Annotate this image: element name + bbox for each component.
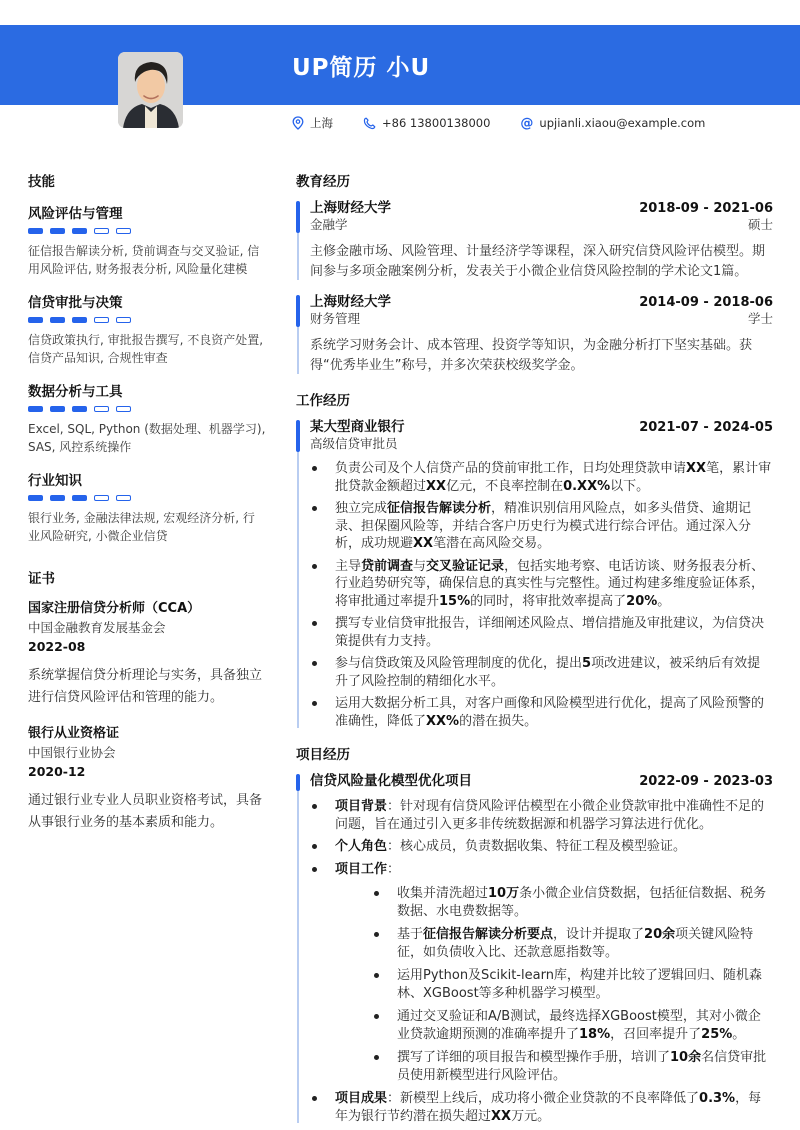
rating-bar-empty — [116, 228, 131, 234]
rating-bar-empty — [94, 406, 109, 412]
rating-bar-filled — [72, 495, 87, 501]
work-bullet: 负责公司及个人信贷产品的贷前审批工作，日均处理贷款申请XX笔，累计审批贷款金额超… — [310, 460, 773, 495]
project-period: 2022-09 - 2023-03 — [639, 773, 773, 790]
section-title: 项目经历 — [296, 743, 773, 763]
skill-name: 行业知识 — [28, 469, 266, 489]
cert-org: 中国银行业协会 — [28, 743, 266, 762]
skill-rating — [28, 495, 266, 501]
work-section: 工作经历 某大型商业银行 2021-07 - 2024-05 高级信贷审批员 负… — [296, 389, 773, 730]
project-work-label: 项目工作： — [335, 861, 773, 879]
skill-block: 数据分析与工具 Excel, SQL, Python (数据处理、机器学习), … — [28, 380, 266, 456]
rating-bar-filled — [28, 228, 43, 234]
rating-bar-empty — [116, 406, 131, 412]
project-sub-list: 收集并清洗超过10万条小微企业信贷数据，包括征信数据、税务数据、水电费数据等。 … — [373, 885, 773, 1084]
rating-bar-empty — [94, 495, 109, 501]
edu-desc: 系统学习财务会计、成本管理、投资学等知识，为金融分析打下坚实基础。获得“优秀毕业… — [310, 336, 773, 376]
company-name: 某大型商业银行 — [310, 419, 405, 436]
cert-org: 中国金融教育发展基金会 — [28, 618, 266, 637]
rating-bar-empty — [116, 317, 131, 323]
at-icon: @ — [520, 117, 533, 130]
skills-section-title: 技能 — [28, 170, 266, 190]
cert-block: 银行从业资格证 中国银行业协会 2020-12 通过银行业专业人员职业资格考试，… — [28, 724, 266, 834]
rating-bar-empty — [116, 495, 131, 501]
projects-section: 项目经历 信贷风险量化模型优化项目 2022-09 - 2023-03 项目背景… — [296, 743, 773, 1125]
edu-entry: 上海财经大学 2018-09 - 2021-06 金融学 硕士 主修金融市场、风… — [296, 200, 773, 282]
rating-bar-filled — [28, 495, 43, 501]
project-bullet-list: 项目背景：针对现有信贷风险评估模型在小微企业贷款审批中准确性不足的问题，旨在通过… — [310, 798, 773, 1125]
content-columns: 技能 风险评估与管理 征信报告解读分析, 贷前调查与交叉验证, 信用风险评估, … — [28, 170, 773, 1130]
rating-bar-filled — [50, 228, 65, 234]
timeline-bar — [296, 420, 300, 452]
rating-bar-filled — [72, 317, 87, 323]
work-bullet: 独立完成征信报告解读分析，精准识别信用风险点，如多头借贷、逾期记录、担保圈风险等… — [310, 500, 773, 553]
skill-name: 风险评估与管理 — [28, 202, 266, 222]
phone-icon — [363, 117, 376, 130]
edu-period: 2014-09 - 2018-06 — [639, 294, 773, 311]
school-name: 上海财经大学 — [310, 294, 391, 311]
work-bullet: 参与信贷政策及风险管理制度的优化，提出5项改进建议，被采纳后有效提升了风险控制的… — [310, 655, 773, 690]
rating-bar-filled — [50, 406, 65, 412]
rating-bar-filled — [28, 317, 43, 323]
cert-name: 银行从业资格证 — [28, 724, 266, 743]
skill-rating — [28, 317, 266, 323]
rating-bar-empty — [94, 317, 109, 323]
timeline-bar — [296, 774, 300, 791]
edu-desc: 主修金融市场、风险管理、计量经济学等课程，深入研究信贷风险评估模型。期间参与多项… — [310, 242, 773, 282]
section-title: 教育经历 — [296, 170, 773, 190]
location-text: 上海 — [310, 115, 333, 131]
skill-block: 信贷审批与决策 信贷政策执行, 审批报告撰写, 不良资产处置, 信贷产品知识, … — [28, 291, 266, 367]
school-name: 上海财经大学 — [310, 200, 391, 217]
project-bullet: 项目工作： 收集并清洗超过10万条小微企业信贷数据，包括征信数据、税务数据、水电… — [310, 861, 773, 1085]
work-entry: 某大型商业银行 2021-07 - 2024-05 高级信贷审批员 负责公司及个… — [296, 419, 773, 730]
edu-degree: 学士 — [748, 311, 773, 327]
timeline-bar — [296, 201, 300, 233]
work-period: 2021-07 - 2024-05 — [639, 419, 773, 436]
skill-desc: 信贷政策执行, 审批报告撰写, 不良资产处置, 信贷产品知识, 合规性审查 — [28, 331, 266, 367]
cert-desc: 系统掌握信贷分析理论与实务，具备独立进行信贷风险评估和管理的能力。 — [28, 665, 266, 709]
skill-block: 风险评估与管理 征信报告解读分析, 贷前调查与交叉验证, 信用风险评估, 财务报… — [28, 202, 266, 278]
sub-bullet: 运用Python及Scikit-learn库，构建并比较了逻辑回归、随机森林、X… — [373, 967, 773, 1002]
phone-item: +86 13800138000 — [363, 116, 490, 130]
skill-name: 信贷审批与决策 — [28, 291, 266, 311]
skill-desc: 银行业务, 金融法律法规, 宏观经济分析, 行业风险研究, 小微企业信贷 — [28, 509, 266, 545]
edu-major: 金融学 — [310, 217, 348, 233]
rating-bar-filled — [50, 317, 65, 323]
contact-row: 上海 +86 13800138000 @ upjianli.xiaou@exam… — [292, 105, 705, 141]
main-column: 教育经历 上海财经大学 2018-09 - 2021-06 金融学 硕士 主修金… — [296, 170, 773, 1130]
edu-degree: 硕士 — [748, 217, 773, 233]
location-item: 上海 — [292, 115, 333, 131]
skill-block: 行业知识 银行业务, 金融法律法规, 宏观经济分析, 行业风险研究, 小微企业信… — [28, 469, 266, 545]
skill-name: 数据分析与工具 — [28, 380, 266, 400]
edu-period: 2018-09 - 2021-06 — [639, 200, 773, 217]
edu-entry: 上海财经大学 2014-09 - 2018-06 财务管理 学士 系统学习财务会… — [296, 294, 773, 376]
section-title: 工作经历 — [296, 389, 773, 409]
cert-date: 2022-08 — [28, 637, 266, 656]
project-bullet: 项目成果：新模型上线后，成功将小微企业贷款的不良率降低了0.3%，每年为银行节约… — [310, 1090, 773, 1125]
sub-bullet: 收集并清洗超过10万条小微企业信贷数据，包括征信数据、税务数据、水电费数据等。 — [373, 885, 773, 920]
work-bullet-list: 负责公司及个人信贷产品的贷前审批工作，日均处理贷款申请XX笔，累计审批贷款金额超… — [310, 460, 773, 730]
skill-rating — [28, 406, 266, 412]
cert-name: 国家注册信贷分析师（CCA） — [28, 599, 266, 618]
project-bullet: 个人角色：核心成员，负责数据收集、特征工程及模型验证。 — [310, 838, 773, 856]
rating-bar-filled — [72, 406, 87, 412]
email-item: @ upjianli.xiaou@example.com — [520, 116, 705, 130]
project-name: 信贷风险量化模型优化项目 — [310, 773, 472, 790]
sidebar: 技能 风险评估与管理 征信报告解读分析, 贷前调查与交叉验证, 信用风险评估, … — [28, 170, 266, 1130]
cert-date: 2020-12 — [28, 762, 266, 781]
portrait-illustration — [118, 52, 183, 128]
rating-bar-filled — [50, 495, 65, 501]
rating-bar-empty — [94, 228, 109, 234]
sub-bullet: 撰写了详细的项目报告和模型操作手册，培训了10余名信贷审批员使用新模型进行风险评… — [373, 1049, 773, 1084]
cert-block: 国家注册信贷分析师（CCA） 中国金融教育发展基金会 2022-08 系统掌握信… — [28, 599, 266, 709]
resume-page: UP简历 小U 上海 +86 13800138000 @ — [0, 0, 800, 1130]
project-bullet: 项目背景：针对现有信贷风险评估模型在小微企业贷款审批中准确性不足的问题，旨在通过… — [310, 798, 773, 833]
phone-text: +86 13800138000 — [382, 116, 490, 130]
work-bullet: 主导贷前调查与交叉验证记录，包括实地考察、电话访谈、财务报表分析、行业趋势研究等… — [310, 558, 773, 611]
rating-bar-filled — [72, 228, 87, 234]
project-entry: 信贷风险量化模型优化项目 2022-09 - 2023-03 项目背景：针对现有… — [296, 773, 773, 1125]
certs-section-title: 证书 — [28, 567, 266, 587]
job-role: 高级信贷审批员 — [310, 436, 398, 452]
edu-major: 财务管理 — [310, 311, 360, 327]
skill-desc: 征信报告解读分析, 贷前调查与交叉验证, 信用风险评估, 财务报表分析, 风险量… — [28, 242, 266, 278]
profile-photo — [118, 52, 183, 128]
education-section: 教育经历 上海财经大学 2018-09 - 2021-06 金融学 硕士 主修金… — [296, 170, 773, 376]
timeline-bar — [296, 295, 300, 327]
work-bullet: 撰写专业信贷审批报告，详细阐述风险点、增信措施及审批建议，为信贷决策提供有力支持… — [310, 615, 773, 650]
name-title: UP简历 小U — [292, 25, 430, 105]
skill-desc: Excel, SQL, Python (数据处理、机器学习), SAS, 风控系… — [28, 420, 266, 456]
skill-rating — [28, 228, 266, 234]
email-text: upjianli.xiaou@example.com — [539, 116, 705, 130]
sub-bullet: 基于征信报告解读分析要点，设计并提取了20余项关键风险特征，如负债收入比、还款意… — [373, 926, 773, 961]
sub-bullet: 通过交叉验证和A/B测试，最终选择XGBoost模型，其对小微企业贷款逾期预测的… — [373, 1008, 773, 1043]
location-pin-icon — [292, 116, 304, 130]
cert-desc: 通过银行业专业人员职业资格考试，具备从事银行业务的基本素质和能力。 — [28, 790, 266, 834]
rating-bar-filled — [28, 406, 43, 412]
work-bullet: 运用大数据分析工具，对客户画像和风险模型进行优化，提高了风险预警的准确性，降低了… — [310, 695, 773, 730]
